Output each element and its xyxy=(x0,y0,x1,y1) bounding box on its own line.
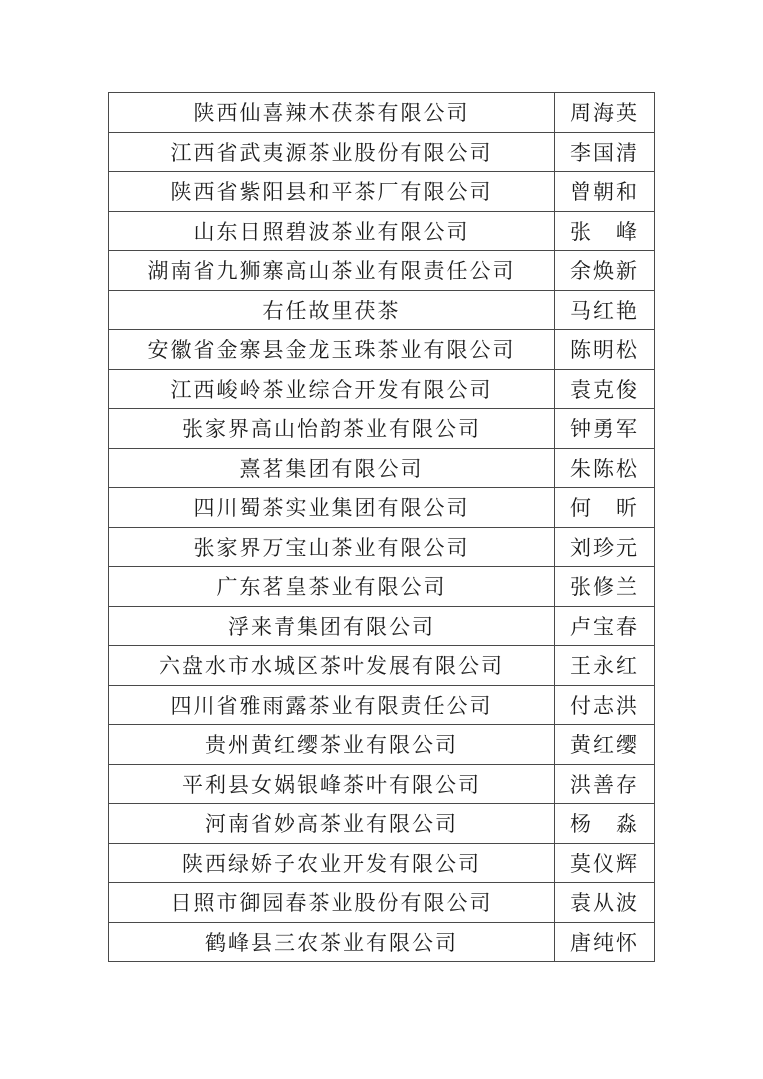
company-cell: 贵州黄红缨茶业有限公司 xyxy=(109,725,555,765)
company-cell: 张家界高山怡韵茶业有限公司 xyxy=(109,409,555,449)
person-name-cell: 袁克俊 xyxy=(555,369,655,409)
table-row: 湖南省九狮寨高山茶业有限责任公司余焕新 xyxy=(109,251,655,291)
person-name-cell: 刘珍元 xyxy=(555,527,655,567)
company-cell: 浮来青集团有限公司 xyxy=(109,606,555,646)
person-name-cell: 曾朝和 xyxy=(555,172,655,212)
person-name-cell: 张 峰 xyxy=(555,211,655,251)
table-row: 鹤峰县三农茶业有限公司唐纯怀 xyxy=(109,922,655,962)
table-row: 六盘水市水城区茶叶发展有限公司王永红 xyxy=(109,646,655,686)
person-name-cell: 周海英 xyxy=(555,93,655,133)
table-row: 贵州黄红缨茶业有限公司黄红缨 xyxy=(109,725,655,765)
table-row: 山东日照碧波茶业有限公司张 峰 xyxy=(109,211,655,251)
company-cell: 右任故里茯茶 xyxy=(109,290,555,330)
person-name-cell: 余焕新 xyxy=(555,251,655,291)
person-name-cell: 付志洪 xyxy=(555,685,655,725)
company-cell: 陕西仙喜辣木茯茶有限公司 xyxy=(109,93,555,133)
person-name-cell: 王永红 xyxy=(555,646,655,686)
table-row: 日照市御园春茶业股份有限公司袁从波 xyxy=(109,883,655,923)
table-row: 四川省雅雨露茶业有限责任公司付志洪 xyxy=(109,685,655,725)
person-name-cell: 唐纯怀 xyxy=(555,922,655,962)
person-name-cell: 朱陈松 xyxy=(555,448,655,488)
person-name-cell: 莫仪辉 xyxy=(555,843,655,883)
table-row: 四川蜀茶实业集团有限公司何 昕 xyxy=(109,488,655,528)
person-name-cell: 张修兰 xyxy=(555,567,655,607)
table-row: 陕西绿娇子农业开发有限公司莫仪辉 xyxy=(109,843,655,883)
company-cell: 四川省雅雨露茶业有限责任公司 xyxy=(109,685,555,725)
company-cell: 熹茗集团有限公司 xyxy=(109,448,555,488)
company-cell: 陕西省紫阳县和平茶厂有限公司 xyxy=(109,172,555,212)
company-cell: 陕西绿娇子农业开发有限公司 xyxy=(109,843,555,883)
company-cell: 山东日照碧波茶业有限公司 xyxy=(109,211,555,251)
company-cell: 江西省武夷源茶业股份有限公司 xyxy=(109,132,555,172)
company-cell: 张家界万宝山茶业有限公司 xyxy=(109,527,555,567)
table-row: 右任故里茯茶马红艳 xyxy=(109,290,655,330)
company-cell: 河南省妙高茶业有限公司 xyxy=(109,804,555,844)
person-name-cell: 李国清 xyxy=(555,132,655,172)
company-roster-table: 陕西仙喜辣木茯茶有限公司周海英江西省武夷源茶业股份有限公司李国清陕西省紫阳县和平… xyxy=(108,92,655,962)
table-row: 江西峻岭茶业综合开发有限公司袁克俊 xyxy=(109,369,655,409)
table-row: 河南省妙高茶业有限公司杨 淼 xyxy=(109,804,655,844)
person-name-cell: 钟勇军 xyxy=(555,409,655,449)
person-name-cell: 陈明松 xyxy=(555,330,655,370)
table-row: 陕西仙喜辣木茯茶有限公司周海英 xyxy=(109,93,655,133)
person-name-cell: 马红艳 xyxy=(555,290,655,330)
company-cell: 鹤峰县三农茶业有限公司 xyxy=(109,922,555,962)
company-cell: 江西峻岭茶业综合开发有限公司 xyxy=(109,369,555,409)
person-name-cell: 何 昕 xyxy=(555,488,655,528)
table-body: 陕西仙喜辣木茯茶有限公司周海英江西省武夷源茶业股份有限公司李国清陕西省紫阳县和平… xyxy=(109,93,655,962)
company-cell: 平利县女娲银峰茶叶有限公司 xyxy=(109,764,555,804)
company-cell: 安徽省金寨县金龙玉珠茶业有限公司 xyxy=(109,330,555,370)
person-name-cell: 洪善存 xyxy=(555,764,655,804)
person-name-cell: 杨 淼 xyxy=(555,804,655,844)
company-cell: 日照市御园春茶业股份有限公司 xyxy=(109,883,555,923)
document-page: 陕西仙喜辣木茯茶有限公司周海英江西省武夷源茶业股份有限公司李国清陕西省紫阳县和平… xyxy=(0,0,763,1079)
table-row: 张家界万宝山茶业有限公司刘珍元 xyxy=(109,527,655,567)
person-name-cell: 黄红缨 xyxy=(555,725,655,765)
table-row: 熹茗集团有限公司朱陈松 xyxy=(109,448,655,488)
table-row: 安徽省金寨县金龙玉珠茶业有限公司陈明松 xyxy=(109,330,655,370)
company-cell: 六盘水市水城区茶叶发展有限公司 xyxy=(109,646,555,686)
person-name-cell: 袁从波 xyxy=(555,883,655,923)
table-row: 浮来青集团有限公司卢宝春 xyxy=(109,606,655,646)
table-row: 平利县女娲银峰茶叶有限公司洪善存 xyxy=(109,764,655,804)
company-cell: 广东茗皇茶业有限公司 xyxy=(109,567,555,607)
table-row: 张家界高山怡韵茶业有限公司钟勇军 xyxy=(109,409,655,449)
person-name-cell: 卢宝春 xyxy=(555,606,655,646)
table-row: 江西省武夷源茶业股份有限公司李国清 xyxy=(109,132,655,172)
table-row: 陕西省紫阳县和平茶厂有限公司曾朝和 xyxy=(109,172,655,212)
company-cell: 湖南省九狮寨高山茶业有限责任公司 xyxy=(109,251,555,291)
company-cell: 四川蜀茶实业集团有限公司 xyxy=(109,488,555,528)
table-row: 广东茗皇茶业有限公司张修兰 xyxy=(109,567,655,607)
